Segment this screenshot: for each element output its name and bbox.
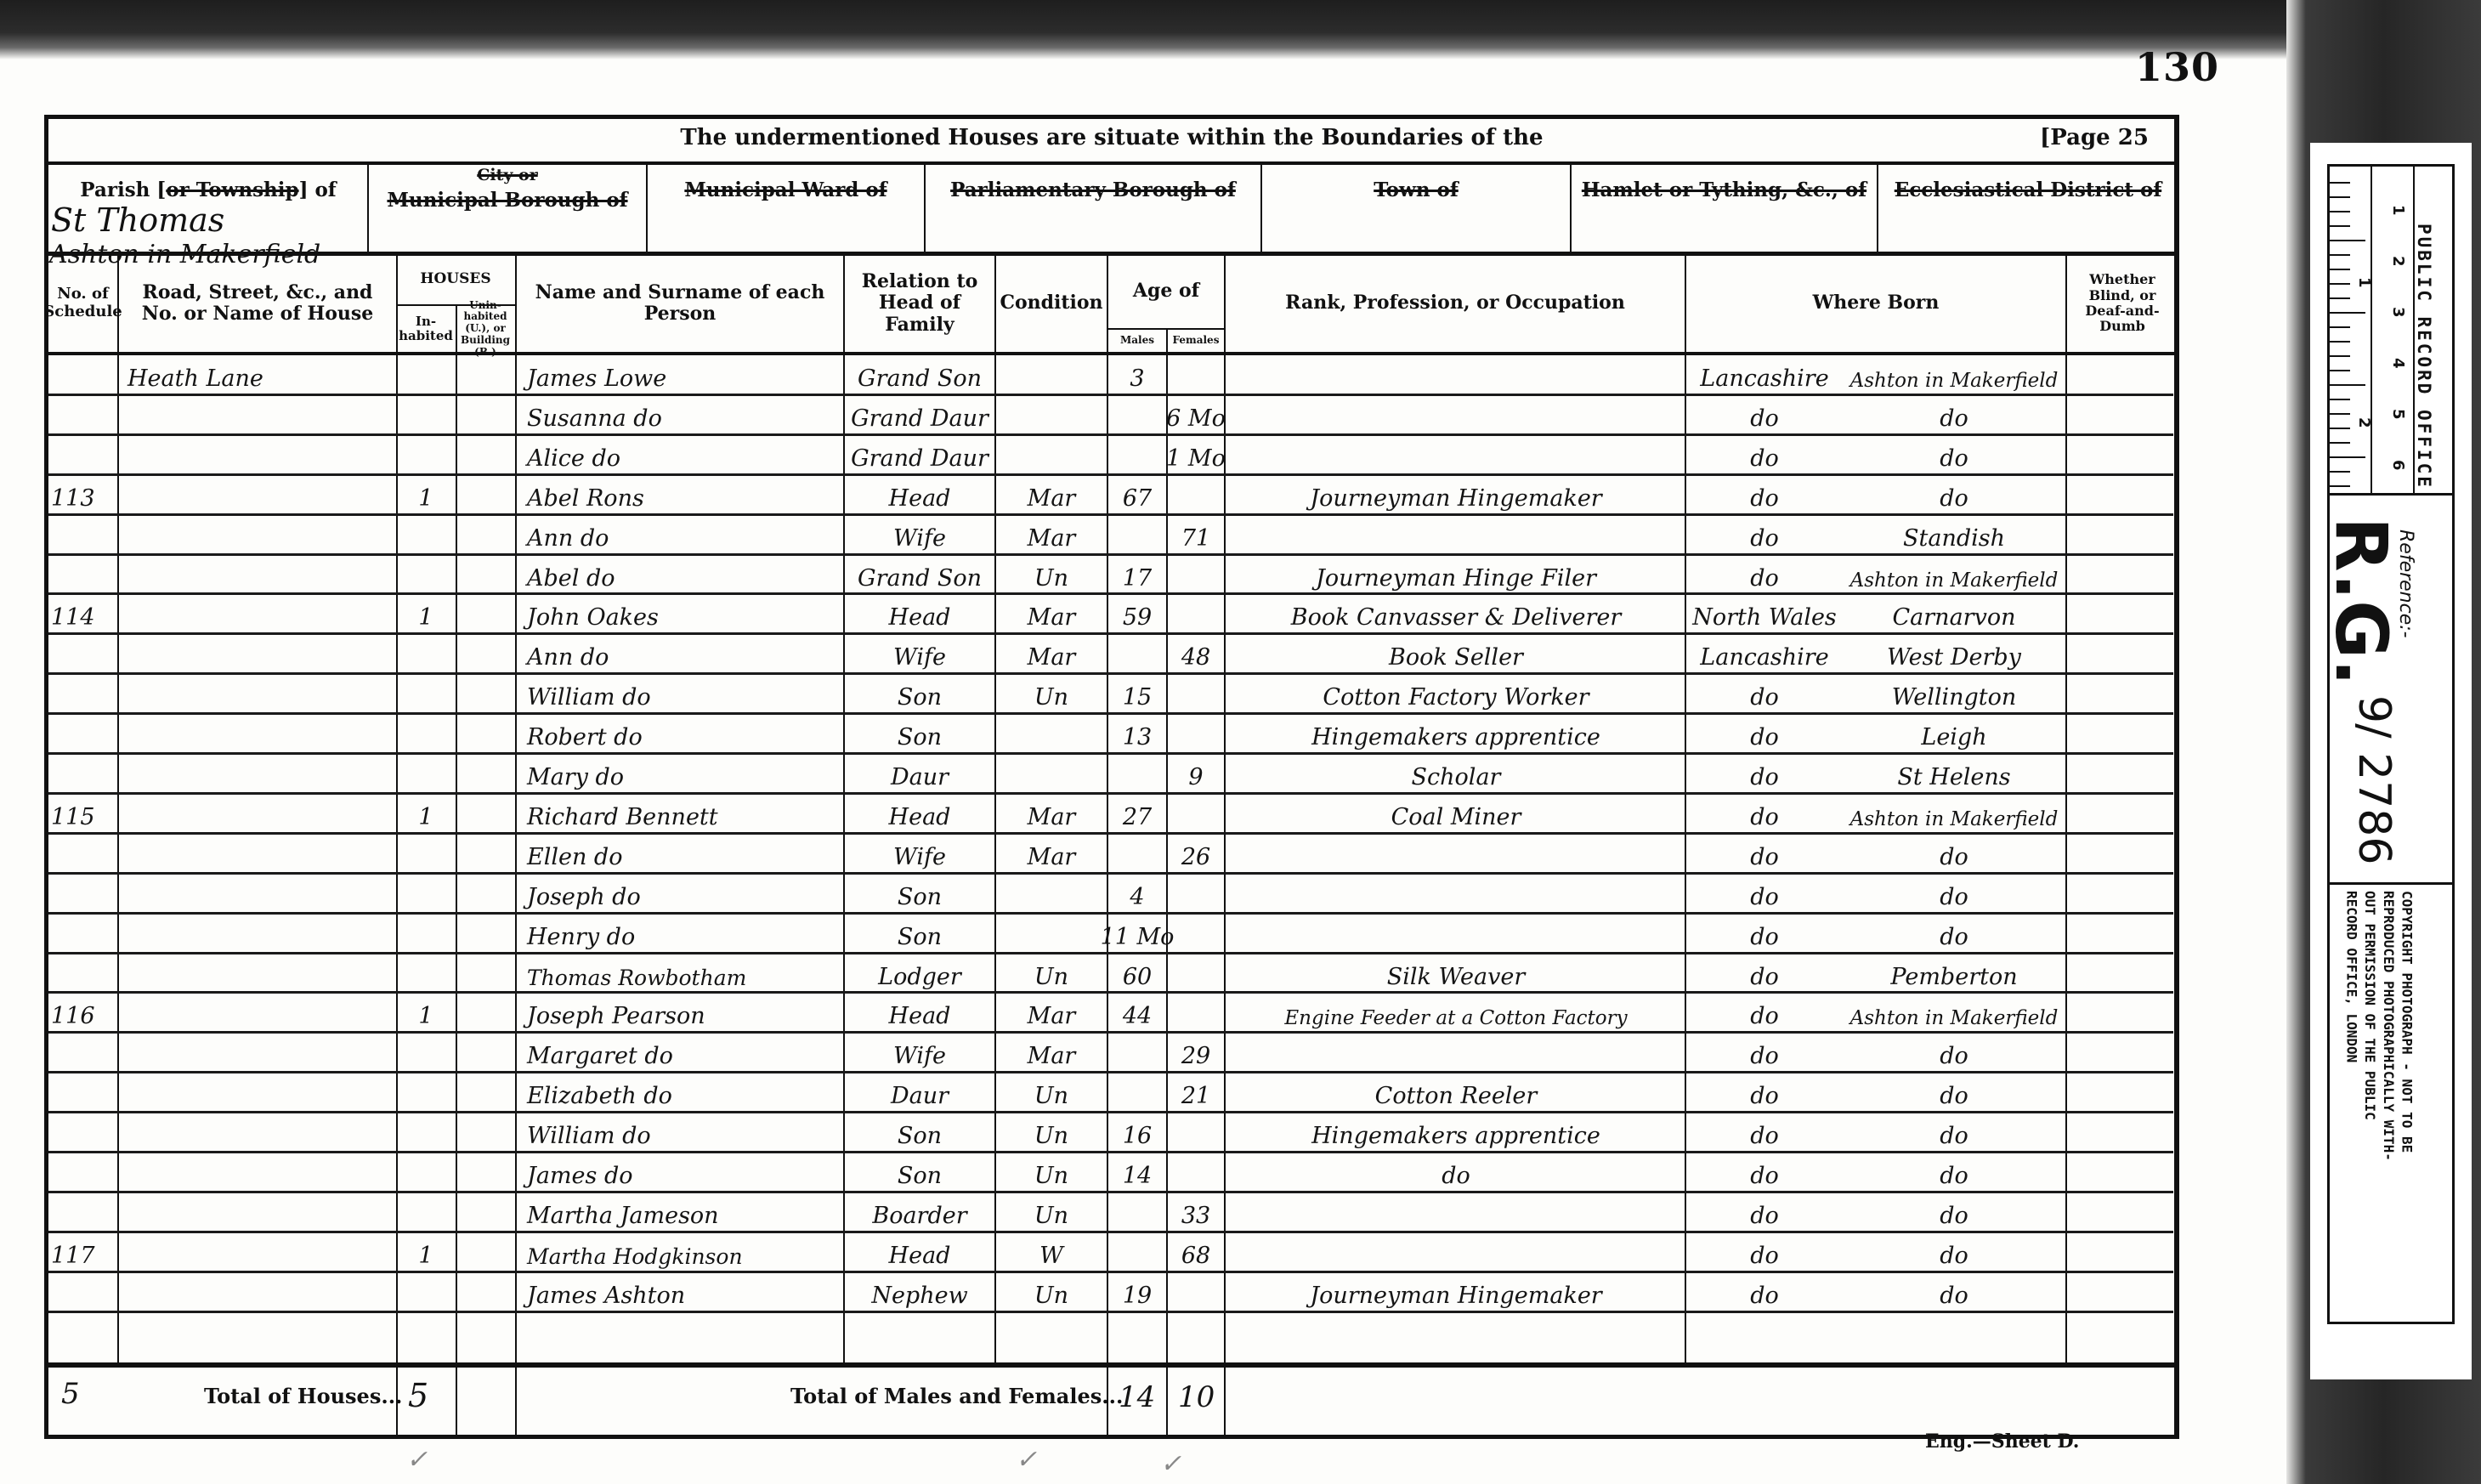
person-name: Margaret do	[527, 1033, 841, 1072]
birth-county: do	[1688, 1073, 1841, 1112]
schedule-number	[51, 674, 116, 713]
city-label: City or	[369, 166, 646, 184]
person-name: James do	[527, 1153, 841, 1192]
inhabited-count: 1	[398, 993, 454, 1032]
female-age	[1168, 1272, 1224, 1311]
male-age: 15	[1108, 674, 1166, 713]
female-age	[1168, 1113, 1224, 1152]
inhabited-count	[398, 395, 454, 434]
rule	[2327, 882, 2455, 885]
town-label: Town of	[1262, 178, 1570, 201]
road-name	[127, 1113, 391, 1152]
total-persons-label: Total of Males and Females...	[790, 1384, 1123, 1408]
person-name: Richard Bennett	[527, 794, 841, 833]
birth-place: do	[1844, 1033, 2064, 1072]
ruler-tick	[2330, 370, 2350, 371]
road-name: Heath Lane	[127, 355, 391, 394]
relation-to-head: Head	[847, 1232, 993, 1272]
marital-condition: Mar	[998, 594, 1105, 633]
inhabited-count	[398, 355, 454, 394]
marital-condition	[998, 754, 1105, 793]
birth-county: do	[1688, 475, 1841, 514]
female-age	[1168, 674, 1224, 713]
birth-place: do	[1844, 1192, 2064, 1232]
road-name	[127, 754, 391, 793]
marital-condition: Un	[998, 1073, 1105, 1112]
occupation	[1229, 834, 1683, 873]
schedule-number: 115	[51, 794, 116, 833]
ruler-cm-label: 5	[2389, 409, 2407, 420]
female-age	[1168, 475, 1224, 514]
ruler-tick	[2330, 341, 2350, 343]
parliamentary-borough-label: Parliamentary Borough of	[926, 178, 1260, 201]
female-age	[1168, 355, 1224, 394]
person-name: Martha Jameson	[527, 1192, 841, 1232]
sheet-identifier: Eng.—Sheet D.	[1925, 1430, 2079, 1453]
person-name: James Lowe	[527, 355, 841, 394]
occupation: Cotton Factory Worker	[1229, 674, 1683, 713]
marital-condition: Un	[998, 1113, 1105, 1152]
inhabited-count	[398, 555, 454, 594]
female-age	[1168, 714, 1224, 753]
ruler-tick	[2330, 225, 2350, 227]
birth-place: Wellington	[1844, 674, 2064, 713]
divider	[1877, 163, 1878, 252]
relation-to-head: Daur	[847, 754, 993, 793]
schedule-number	[51, 634, 116, 673]
schedule-number	[51, 914, 116, 953]
female-age: 48	[1168, 634, 1224, 673]
total-females: 10	[1178, 1380, 1215, 1414]
male-age	[1108, 1192, 1166, 1232]
occupation: Book Seller	[1229, 634, 1683, 673]
relation-to-head: Grand Daur	[847, 435, 993, 474]
scale-ruler: 12345612	[2327, 164, 2455, 496]
marital-condition	[998, 395, 1105, 434]
marital-condition: Un	[998, 555, 1105, 594]
occupation: Scholar	[1229, 754, 1683, 793]
birth-county: do	[1688, 674, 1841, 713]
road-name	[127, 834, 391, 873]
male-age	[1108, 1232, 1166, 1272]
person-name: Joseph Pearson	[527, 993, 841, 1032]
schedule-number: 113	[51, 475, 116, 514]
parish-label: Parish [or Township] of	[51, 178, 365, 201]
schedule-number	[51, 874, 116, 913]
ruler-tick	[2330, 485, 2350, 487]
schedule-number	[51, 714, 116, 753]
col-header-males: Males	[1108, 330, 1166, 352]
copyright-notice: COPYRIGHT PHOTOGRAPH - NOT TO BE REPRODU…	[2342, 891, 2416, 1161]
col-header-houses: HOUSES	[396, 255, 515, 304]
road-name	[127, 954, 391, 993]
rule	[44, 1362, 2179, 1368]
female-age: 26	[1168, 834, 1224, 873]
male-age	[1108, 1033, 1166, 1072]
road-name	[127, 594, 391, 633]
col-header-where-born: Where Born	[1686, 255, 2065, 352]
relation-to-head: Nephew	[847, 1272, 993, 1311]
road-name	[127, 1192, 391, 1232]
inhabited-count	[398, 1073, 454, 1112]
ruler-tick	[2330, 297, 2350, 299]
relation-to-head: Grand Son	[847, 355, 993, 394]
schedule-number	[51, 395, 116, 434]
birth-place: West Derby	[1844, 634, 2064, 673]
relation-to-head: Son	[847, 1113, 993, 1152]
ruler-tick	[2330, 283, 2350, 285]
schedule-number: 116	[51, 993, 116, 1032]
male-age: 17	[1108, 555, 1166, 594]
female-age	[1168, 794, 1224, 833]
marital-condition	[998, 435, 1105, 474]
marital-condition: Mar	[998, 515, 1105, 554]
birth-place: do	[1844, 834, 2064, 873]
marital-condition	[998, 714, 1105, 753]
ruler-cm-label: 4	[2389, 358, 2407, 369]
road-name	[127, 395, 391, 434]
person-name: Susanna do	[527, 395, 841, 434]
person-name: Ann do	[527, 634, 841, 673]
male-age: 67	[1108, 475, 1166, 514]
marital-condition: Un	[998, 674, 1105, 713]
birth-county: North Wales	[1688, 594, 1841, 633]
birth-place: do	[1844, 475, 2064, 514]
ruler-tick	[2330, 456, 2365, 458]
ruler-tick	[2330, 211, 2350, 212]
schedule-number	[51, 1192, 116, 1232]
person-name: Robert do	[527, 714, 841, 753]
birth-place: do	[1844, 435, 2064, 474]
ruler-tick	[2330, 326, 2350, 328]
marital-condition: Un	[998, 1272, 1105, 1311]
road-name	[127, 1272, 391, 1311]
road-name	[127, 1073, 391, 1112]
male-age: 11 Mo	[1108, 914, 1166, 953]
inhabited-count	[398, 874, 454, 913]
person-name: Mary do	[527, 754, 841, 793]
col-header-schedule: No. of Schedule	[48, 255, 117, 352]
birth-place: do	[1844, 914, 2064, 953]
male-age: 3	[1108, 355, 1166, 394]
schedule-number	[51, 954, 116, 993]
inhabited-count	[398, 634, 454, 673]
schedule-number	[51, 355, 116, 394]
relation-to-head: Son	[847, 914, 993, 953]
ruler-tick	[2330, 196, 2350, 198]
birth-place: do	[1844, 1232, 2064, 1272]
male-age	[1108, 1073, 1166, 1112]
divider	[1260, 163, 1262, 252]
road-name	[127, 555, 391, 594]
inhabited-count: 1	[398, 594, 454, 633]
occupation	[1229, 355, 1683, 394]
relation-to-head: Wife	[847, 1033, 993, 1072]
public-record-office-label: PUBLIC RECORD OFFICE	[2414, 224, 2434, 490]
divider	[646, 163, 648, 252]
col-divider	[117, 255, 119, 1364]
female-age: 9	[1168, 754, 1224, 793]
occupation	[1229, 914, 1683, 953]
inhabited-count	[398, 834, 454, 873]
ruler-cm-label: 1	[2389, 205, 2407, 216]
road-name	[127, 435, 391, 474]
person-name: Abel Rons	[527, 475, 841, 514]
inhabited-count	[398, 1153, 454, 1192]
relation-to-head: Lodger	[847, 954, 993, 993]
occupation: do	[1229, 1153, 1683, 1192]
person-name: James Ashton	[527, 1272, 841, 1311]
occupation: Journeyman Hinge Filer	[1229, 555, 1683, 594]
birth-place: Ashton in Makerfield	[1844, 993, 2064, 1032]
marital-condition	[998, 874, 1105, 913]
male-age: 4	[1108, 874, 1166, 913]
col-header-inhabited: In-habited	[396, 306, 456, 352]
road-name	[127, 1153, 391, 1192]
marital-condition	[998, 914, 1105, 953]
divider	[924, 163, 926, 252]
schedule-number	[51, 435, 116, 474]
birth-county: do	[1688, 1192, 1841, 1232]
marital-condition: Un	[998, 1153, 1105, 1192]
female-age: 29	[1168, 1033, 1224, 1072]
occupation	[1229, 1033, 1683, 1072]
birth-place: Ashton in Makerfield	[1844, 355, 2064, 394]
inhabited-count	[398, 1272, 454, 1311]
schedule-number: 114	[51, 594, 116, 633]
marital-condition: Un	[998, 1192, 1105, 1232]
male-age: 14	[1108, 1153, 1166, 1192]
relation-to-head: Son	[847, 674, 993, 713]
person-name: Martha Hodgkinson	[527, 1232, 841, 1272]
marital-condition: Mar	[998, 834, 1105, 873]
male-age	[1108, 754, 1166, 793]
birth-place: do	[1844, 1113, 2064, 1152]
relation-to-head: Boarder	[847, 1192, 993, 1232]
parish-value: St Thomas	[51, 204, 224, 236]
birth-place: Carnarvon	[1844, 594, 2064, 633]
ruler-tick	[2330, 312, 2365, 314]
birth-place: do	[1844, 1153, 2064, 1192]
person-name: Elizabeth do	[527, 1073, 841, 1112]
person-name: Ann do	[527, 515, 841, 554]
birth-place: do	[1844, 395, 2064, 434]
total-males: 14	[1119, 1380, 1155, 1414]
ecclesiastical-district-label: Ecclesiastical District of	[1878, 178, 2178, 201]
road-name	[127, 674, 391, 713]
birth-place: Ashton in Makerfield	[1844, 794, 2064, 833]
relation-to-head: Wife	[847, 834, 993, 873]
female-age	[1168, 954, 1224, 993]
hamlet-label: Hamlet or Tything, &c., of	[1572, 178, 1877, 201]
birth-place: Ashton in Makerfield	[1844, 555, 2064, 594]
relation-to-head: Head	[847, 594, 993, 633]
rule	[44, 161, 2179, 165]
male-age	[1108, 634, 1166, 673]
occupation	[1229, 874, 1683, 913]
birth-place: Leigh	[1844, 714, 2064, 753]
inhabited-count	[398, 515, 454, 554]
piece-number: 9/ 2786	[2348, 695, 2399, 864]
ruler-tick	[2330, 269, 2350, 270]
check-mark: ✓	[1016, 1445, 1037, 1475]
male-age: 60	[1108, 954, 1166, 993]
check-mark: ✓	[1160, 1449, 1181, 1479]
schedule-number	[51, 834, 116, 873]
marital-condition: Mar	[998, 794, 1105, 833]
male-age	[1108, 515, 1166, 554]
ruler-tick	[2330, 240, 2365, 241]
marital-condition: Mar	[998, 475, 1105, 514]
birth-county: do	[1688, 1272, 1841, 1311]
occupation	[1229, 1232, 1683, 1272]
ruler-tick	[2330, 399, 2350, 400]
marital-condition: W	[998, 1232, 1105, 1272]
birth-county: do	[1688, 874, 1841, 913]
ruler-cm-label: 6	[2389, 460, 2407, 471]
series-code: R.G.	[2325, 517, 2397, 686]
birth-county: do	[1688, 515, 1841, 554]
female-age: 1 Mo	[1168, 435, 1224, 474]
schedule-number	[51, 1272, 116, 1311]
municipal-ward-label: Municipal Ward of	[648, 178, 924, 201]
relation-to-head: Head	[847, 794, 993, 833]
birth-county: do	[1688, 794, 1841, 833]
birth-county: do	[1688, 834, 1841, 873]
marital-condition	[998, 355, 1105, 394]
inhabited-count	[398, 914, 454, 953]
col-divider	[994, 255, 996, 1364]
folio-number: 130	[2135, 44, 2219, 90]
road-name	[127, 914, 391, 953]
road-name	[127, 1033, 391, 1072]
birth-county: do	[1688, 1232, 1841, 1272]
male-age	[1108, 395, 1166, 434]
person-name: Abel do	[527, 555, 841, 594]
person-name: Joseph do	[527, 874, 841, 913]
occupation	[1229, 395, 1683, 434]
birth-county: Lancashire	[1688, 634, 1841, 673]
female-age: 6 Mo	[1168, 395, 1224, 434]
occupation	[1229, 435, 1683, 474]
female-age	[1168, 914, 1224, 953]
male-age	[1108, 834, 1166, 873]
total-houses-label: Total of Houses...	[204, 1384, 402, 1408]
male-age	[1108, 435, 1166, 474]
birth-county: do	[1688, 1153, 1841, 1192]
ruler-tick	[2330, 254, 2350, 256]
road-name	[127, 515, 391, 554]
occupation: Journeyman Hingemaker	[1229, 1272, 1683, 1311]
occupation: Book Canvasser & Deliverer	[1229, 594, 1683, 633]
ruler-tick	[2330, 442, 2350, 444]
birth-county: do	[1688, 954, 1841, 993]
ruler-tick	[2330, 413, 2350, 415]
birth-county: Lancashire	[1688, 355, 1841, 394]
total-houses-value: 5	[408, 1377, 428, 1414]
inhabited-count	[398, 674, 454, 713]
person-name: Thomas Rowbotham	[527, 954, 841, 993]
road-name	[127, 874, 391, 913]
occupation	[1229, 1192, 1683, 1232]
relation-to-head: Wife	[847, 515, 993, 554]
relation-to-head: Grand Daur	[847, 395, 993, 434]
inhabited-count: 1	[398, 794, 454, 833]
male-age: 44	[1108, 993, 1166, 1032]
female-age: 68	[1168, 1232, 1224, 1272]
person-name: Henry do	[527, 914, 841, 953]
relation-to-head: Son	[847, 1153, 993, 1192]
relation-to-head: Head	[847, 475, 993, 514]
inhabited-count: 1	[398, 1232, 454, 1272]
birth-county: do	[1688, 1033, 1841, 1072]
person-name: Alice do	[527, 435, 841, 474]
ruler-tick	[2330, 182, 2350, 184]
male-age: 13	[1108, 714, 1166, 753]
ruler-tick	[2330, 355, 2350, 357]
schedule-number	[51, 1073, 116, 1112]
person-name: Ellen do	[527, 834, 841, 873]
birth-county: do	[1688, 914, 1841, 953]
birth-county: do	[1688, 714, 1841, 753]
inhabited-count	[398, 1192, 454, 1232]
inhabited-count	[398, 1033, 454, 1072]
col-divider	[1685, 255, 1686, 1364]
ruler-inch-label: 2	[2355, 417, 2373, 428]
female-age: 21	[1168, 1073, 1224, 1112]
birth-place: Pemberton	[1844, 954, 2064, 993]
col-header-blind-deaf: Whether Blind, or Deaf-and-Dumb	[2067, 255, 2178, 352]
col-header-uninhabited: Unin-habited (U.), or Building (B.)	[456, 306, 515, 352]
birth-place: do	[1844, 874, 2064, 913]
inhabited-count	[398, 435, 454, 474]
road-name	[127, 993, 391, 1032]
occupation: Hingemakers apprentice	[1229, 714, 1683, 753]
female-age	[1168, 993, 1224, 1032]
birth-place: Standish	[1844, 515, 2064, 554]
form-title: The undermentioned Houses are situate wi…	[44, 125, 2179, 150]
col-header-condition: Condition	[996, 255, 1107, 352]
occupation: Coal Miner	[1229, 794, 1683, 833]
male-age: 59	[1108, 594, 1166, 633]
relation-to-head: Wife	[847, 634, 993, 673]
schedule-number	[51, 1153, 116, 1192]
female-age: 33	[1168, 1192, 1224, 1232]
occupation: Journeyman Hingemaker	[1229, 475, 1683, 514]
col-divider	[2065, 255, 2067, 1364]
person-name: William do	[527, 1113, 841, 1152]
col-header-name: Name and Surname of each Person	[517, 255, 843, 352]
inhabited-count	[398, 754, 454, 793]
page-reference: [Page 25	[2040, 125, 2149, 150]
birth-place: St Helens	[1844, 754, 2064, 793]
check-mark: ✓	[406, 1445, 428, 1475]
birth-county: do	[1688, 435, 1841, 474]
male-age: 19	[1108, 1272, 1166, 1311]
person-name: William do	[527, 674, 841, 713]
schedule-number	[51, 754, 116, 793]
ruler-inch-label: 1	[2355, 277, 2373, 288]
road-name	[127, 1232, 391, 1272]
occupation	[1229, 515, 1683, 554]
occupation: Engine Feeder at a Cotton Factory	[1229, 993, 1683, 1032]
inhabited-count	[398, 714, 454, 753]
birth-county: do	[1688, 754, 1841, 793]
schedule-number	[51, 515, 116, 554]
col-header-age: Age of	[1108, 255, 1224, 328]
col-header-females: Females	[1168, 330, 1224, 352]
road-name	[127, 714, 391, 753]
